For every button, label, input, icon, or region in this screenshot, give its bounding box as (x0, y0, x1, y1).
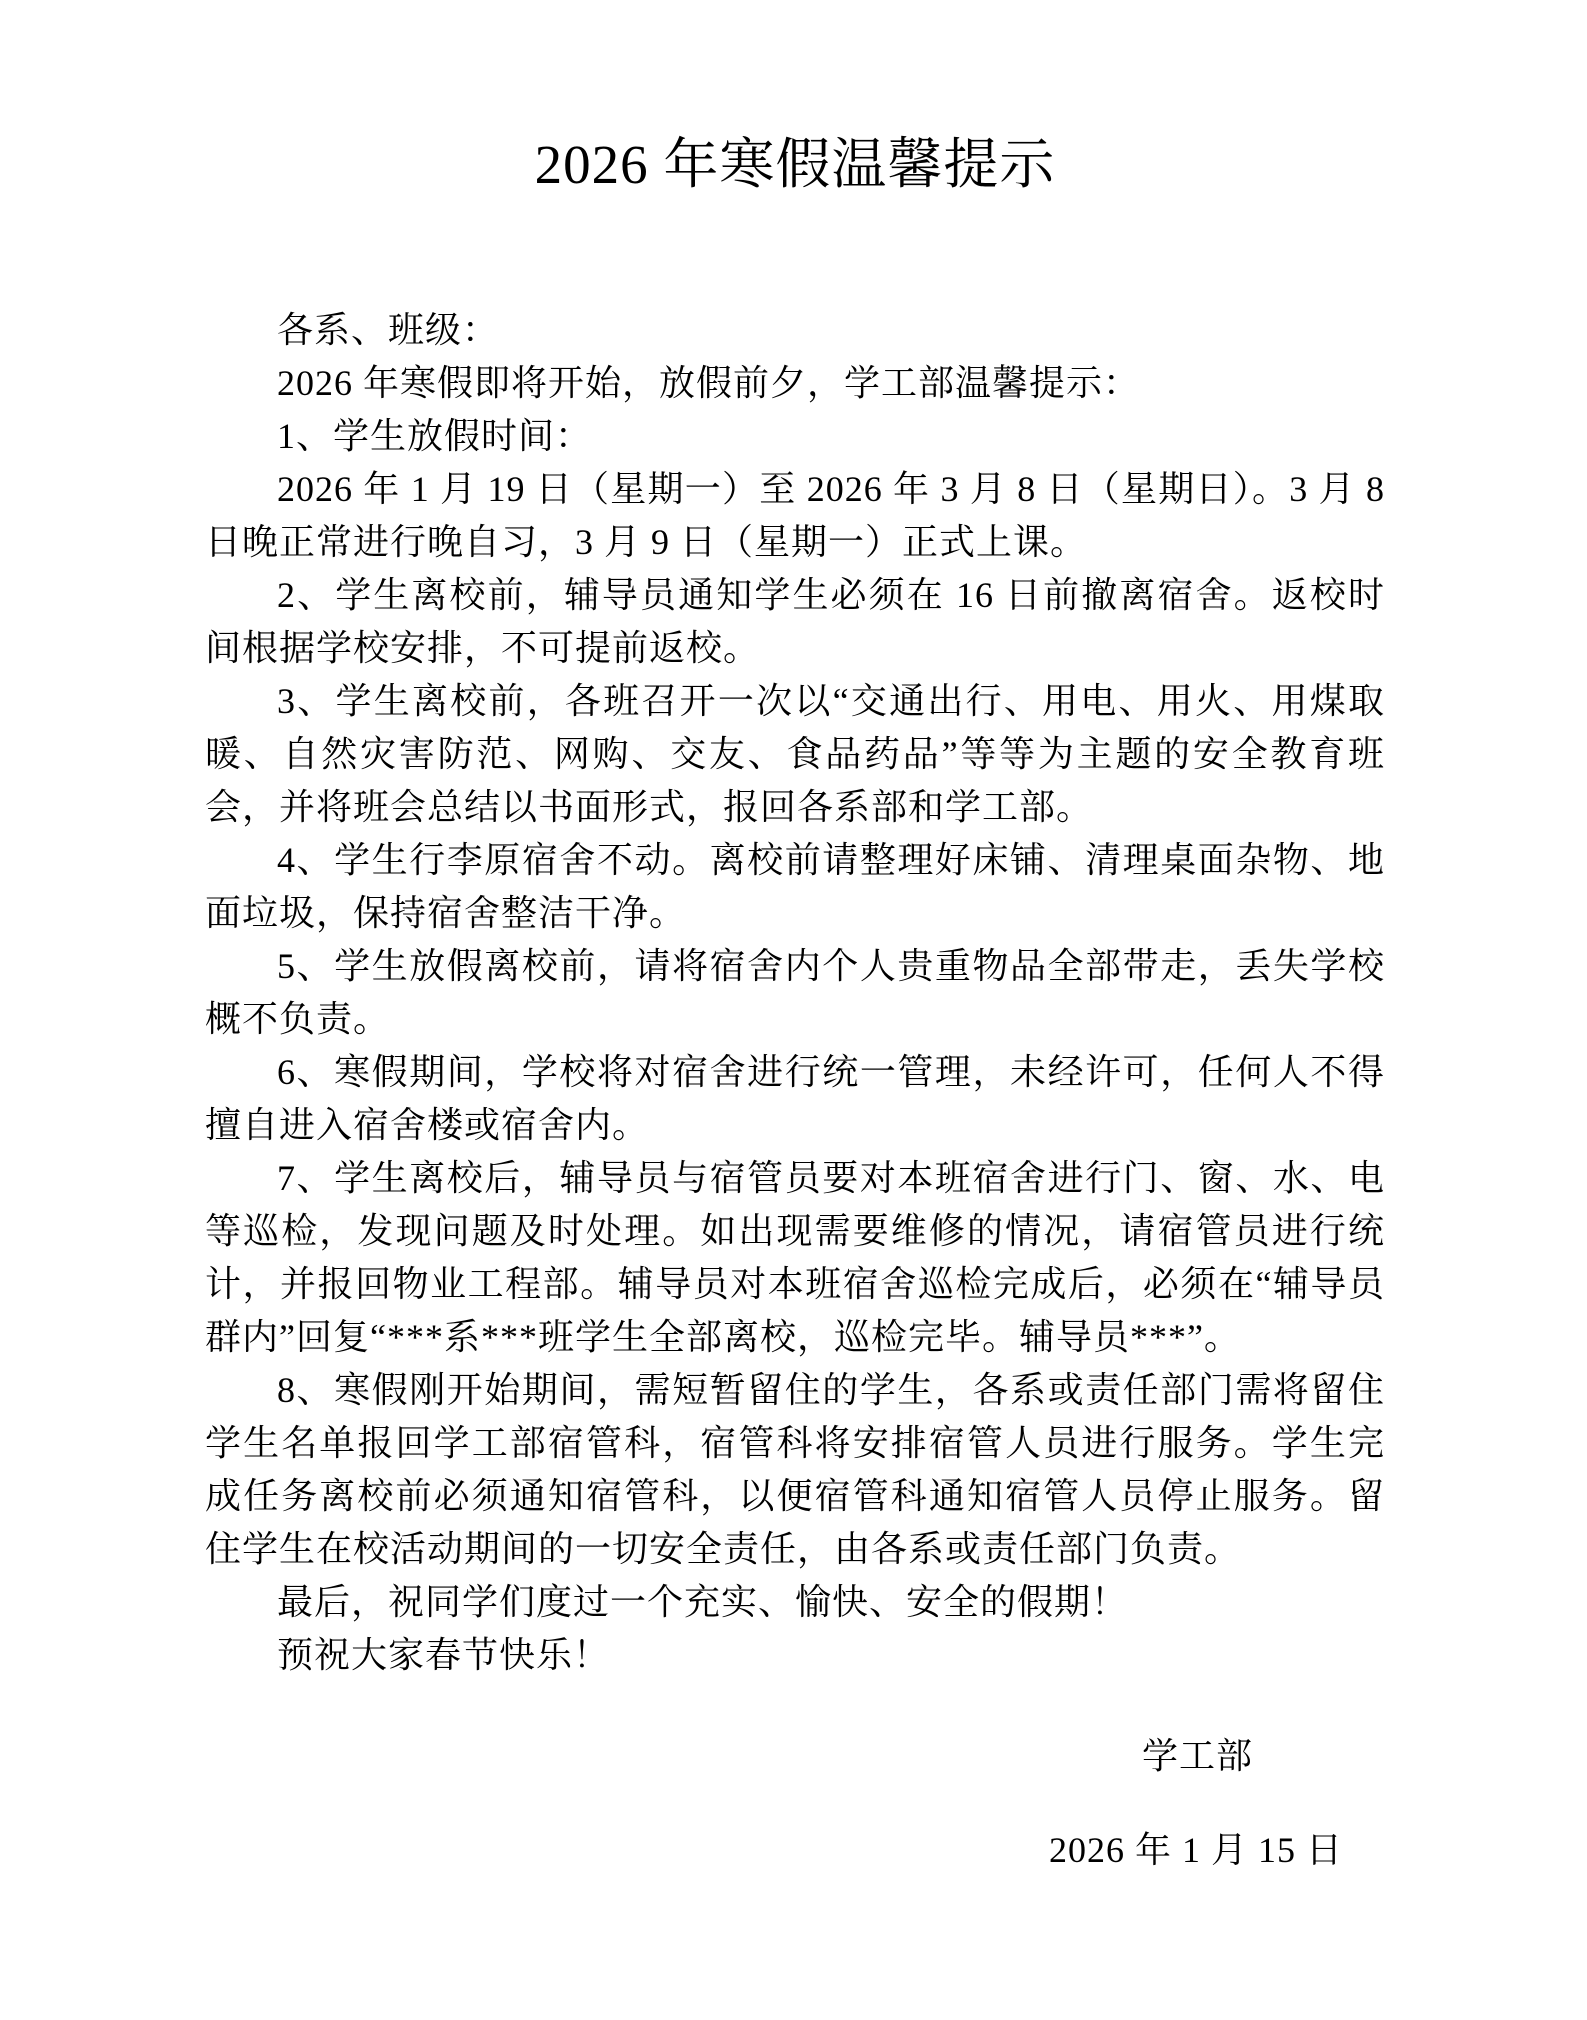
signature-line: 学工部 (205, 1730, 1385, 1783)
notice-paragraph: 1、学生放假时间： (205, 410, 1385, 463)
notice-paragraph: 5、学生放假离校前，请将宿舍内个人贵重物品全部带走，丢失学校概不负责。 (205, 940, 1385, 1046)
notice-paragraph: 8、寒假刚开始期间，需短暂留住的学生，各系或责任部门需将留住学生名单报回学工部宿… (205, 1364, 1385, 1576)
document-body: 各系、班级： 2026 年寒假即将开始，放假前夕，学工部温馨提示： 1、学生放假… (205, 304, 1385, 1877)
notice-paragraph: 2026 年寒假即将开始，放假前夕，学工部温馨提示： (205, 357, 1385, 410)
date-line: 2026 年 1 月 15 日 (205, 1824, 1385, 1877)
document-page: 2026 年寒假温馨提示 各系、班级： 2026 年寒假即将开始，放假前夕，学工… (0, 0, 1587, 2020)
salutation-line: 各系、班级： (205, 304, 1385, 357)
notice-paragraph: 2、学生离校前，辅导员通知学生必须在 16 日前撤离宿舍。返校时间根据学校安排，… (205, 569, 1385, 675)
notice-paragraph: 预祝大家春节快乐！ (205, 1629, 1385, 1682)
notice-paragraph: 最后，祝同学们度过一个充实、愉快、安全的假期！ (205, 1576, 1385, 1629)
notice-paragraph: 2026 年 1 月 19 日（星期一）至 2026 年 3 月 8 日（星期日… (205, 463, 1385, 569)
notice-paragraph: 6、寒假期间，学校将对宿舍进行统一管理，未经许可，任何人不得擅自进入宿舍楼或宿舍… (205, 1046, 1385, 1152)
notice-paragraph: 3、学生离校前，各班召开一次以“交通出行、用电、用火、用煤取暖、自然灾害防范、网… (205, 675, 1385, 834)
document-title: 2026 年寒假温馨提示 (205, 128, 1385, 202)
notice-paragraph: 4、学生行李原宿舍不动。离校前请整理好床铺、清理桌面杂物、地面垃圾，保持宿舍整洁… (205, 834, 1385, 940)
notice-paragraph: 7、学生离校后，辅导员与宿管员要对本班宿舍进行门、窗、水、电等巡检，发现问题及时… (205, 1152, 1385, 1364)
